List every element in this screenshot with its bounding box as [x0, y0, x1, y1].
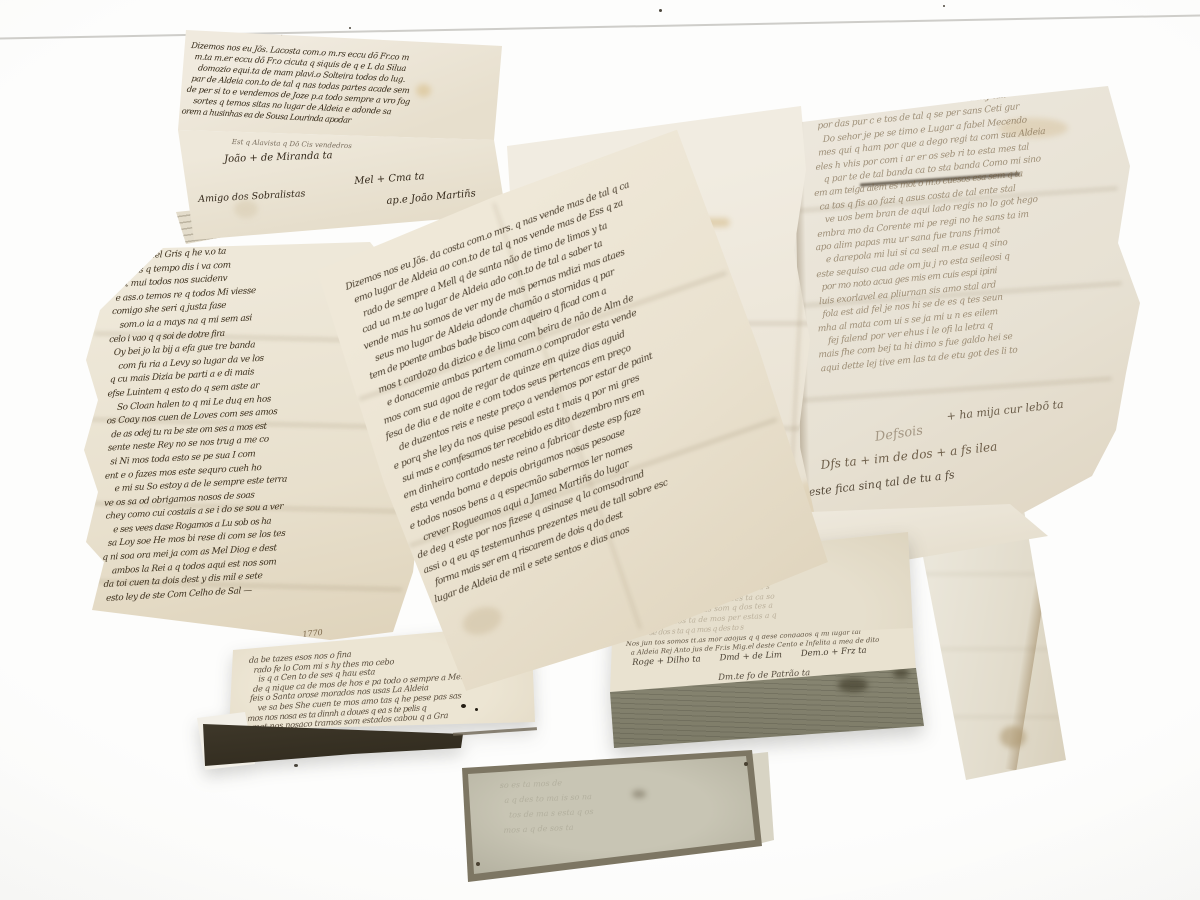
- folded-letter-upper-panel: Compra das cheiventas ! Dizemos nos eu J…: [172, 22, 507, 147]
- handwriting-lines: Digo eu Jõs a f.mista minino emel avia m…: [812, 79, 1123, 377]
- signature-joao-martins: ap.e João Martiñs: [386, 188, 476, 207]
- fold-crease: [928, 648, 1058, 650]
- signature-mel: Mel + Cma ta: [354, 171, 425, 187]
- signature-flourish: este fica sinq tal de tu a fs: [808, 468, 955, 499]
- signature-flourish: + ha mija cur lebõ ta: [946, 398, 1064, 423]
- ink-blot: [475, 708, 478, 711]
- stain-mark: [1000, 726, 1026, 748]
- page-edge-line: [453, 727, 537, 736]
- right-deed-document: Digo eu Jõs a f.mista minino emel avia m…: [778, 78, 1158, 578]
- signature-flourish: Defsois: [874, 423, 924, 445]
- dust-speck: [943, 5, 945, 7]
- handwriting-lines: Dizemos nos eu Jõs. Lacosta com.o m.rs e…: [181, 40, 492, 133]
- fold-crease: [802, 377, 1111, 402]
- edge-speck: [476, 862, 480, 866]
- dark-blotch: [632, 790, 646, 798]
- stain-mark: [416, 84, 431, 97]
- dust-speck: [349, 27, 351, 29]
- dark-blotch: [838, 678, 868, 692]
- letter-small-line: Est q Alavista q Dõ Cis vendedros: [232, 138, 352, 150]
- stain-mark: [459, 602, 505, 640]
- handwriting-lines: so es ta mos dea q des to ma is so natos…: [498, 768, 739, 839]
- ink-blot: [461, 704, 466, 708]
- signature-flourish: Dfs ta + im de dos + a fs ilea: [820, 439, 998, 471]
- photo-stage: Digo eu Jõs a f.mista minino emel avia m…: [0, 0, 1200, 900]
- edge-speck: [744, 762, 748, 766]
- dust-speck: [659, 9, 662, 12]
- stain-mark: [234, 200, 258, 218]
- signature-joao-miranda: João + de Miranda ta: [224, 150, 333, 165]
- fold-crease: [936, 716, 1066, 718]
- background-seam-line: [0, 14, 1200, 39]
